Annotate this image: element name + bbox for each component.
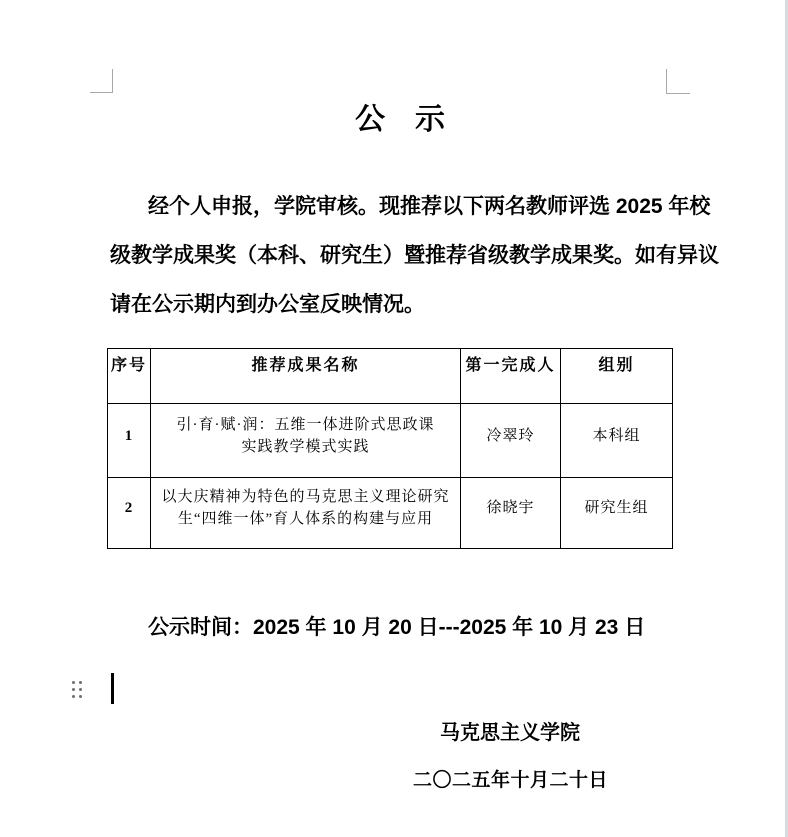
table-row: 2 以大庆精神为特色的马克思主义理论研究 生“四维一体”育人体系的构建与应用 徐… — [108, 478, 673, 549]
drag-handle-dot — [72, 681, 75, 684]
body-line[interactable]: 级教学成果奖（本科、研究生）暨推荐省级教学成果奖。如有异议 — [110, 231, 720, 280]
cell-achievement-name[interactable]: 引·育·赋·润：五维一体进阶式思政课 实践教学模式实践 — [151, 404, 461, 478]
margin-crop-mark-top-left — [90, 92, 113, 93]
signature-date[interactable]: 二〇二五年十月二十日 — [413, 768, 608, 794]
document-page[interactable]: 公 示 经个人申报，学院审核。现推荐以下两名教师评选 2025 年校 级教学成果… — [0, 0, 788, 837]
cell-group[interactable]: 本科组 — [561, 404, 673, 478]
cell-first-completer[interactable]: 徐晓宇 — [461, 478, 561, 549]
achievement-name-line: 引·育·赋·润：五维一体进阶式思政课 — [151, 414, 460, 436]
cell-group[interactable]: 研究生组 — [561, 478, 673, 549]
cell-achievement-name[interactable]: 以大庆精神为特色的马克思主义理论研究 生“四维一体”育人体系的构建与应用 — [151, 478, 461, 549]
signature-unit[interactable]: 马克思主义学院 — [440, 720, 580, 746]
publicity-period[interactable]: 公示时间：2025 年 10 月 20 日---2025 年 10 月 23 日 — [110, 614, 720, 642]
table-header-no[interactable]: 序号 — [108, 349, 151, 404]
margin-crop-mark-top-right — [666, 69, 667, 93]
drag-handle-dot — [72, 688, 75, 691]
drag-handle-icon[interactable] — [72, 681, 82, 698]
achievement-name-line: 以大庆精神为特色的马克思主义理论研究 — [151, 486, 460, 508]
cell-row-number[interactable]: 2 — [108, 478, 151, 549]
drag-handle-dot — [79, 695, 82, 698]
margin-crop-mark-top-left — [112, 69, 113, 93]
drag-handle-dot — [79, 681, 82, 684]
table-header-name[interactable]: 推荐成果名称 — [151, 349, 461, 404]
table-row: 1 引·育·赋·润：五维一体进阶式思政课 实践教学模式实践 冷翠玲 本科组 — [108, 404, 673, 478]
cell-first-completer[interactable]: 冷翠玲 — [461, 404, 561, 478]
drag-handle-dot — [72, 695, 75, 698]
body-line[interactable]: 经个人申报，学院审核。现推荐以下两名教师评选 2025 年校 — [110, 182, 720, 231]
cell-row-number[interactable]: 1 — [108, 404, 151, 478]
achievement-name-line: 生“四维一体”育人体系的构建与应用 — [151, 508, 460, 530]
table-header-person[interactable]: 第一完成人 — [461, 349, 561, 404]
text-cursor — [111, 673, 114, 704]
body-line[interactable]: 请在公示期内到办公室反映情况。 — [110, 280, 720, 329]
table-header-group[interactable]: 组别 — [561, 349, 673, 404]
document-title[interactable]: 公 示 — [110, 100, 690, 140]
margin-crop-mark-top-right — [666, 93, 690, 94]
achievement-name-line: 实践教学模式实践 — [151, 436, 460, 458]
drag-handle-dot — [79, 688, 82, 691]
body-paragraph[interactable]: 经个人申报，学院审核。现推荐以下两名教师评选 2025 年校 级教学成果奖（本科… — [110, 182, 720, 329]
recommendation-table[interactable]: 序号 推荐成果名称 第一完成人 组别 1 引·育·赋·润：五维一体进阶式思政课 … — [107, 348, 673, 549]
table-header-row: 序号 推荐成果名称 第一完成人 组别 — [108, 349, 673, 404]
